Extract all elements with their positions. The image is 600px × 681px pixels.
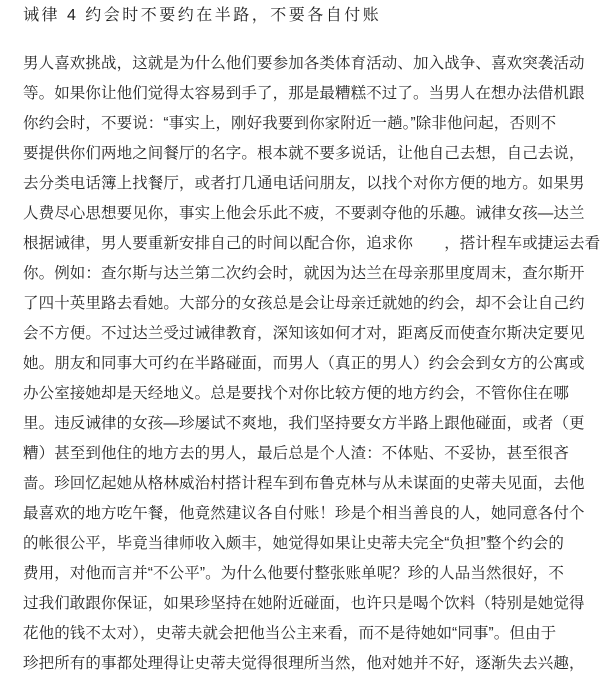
text-line: 费用，对他而言并“不公平”。为什么他要付整张账单呢？珍的人品当然很好，不 (23, 559, 582, 589)
text-line: 你。例如：查尔斯与达兰第二次约会时，就因为达兰在母亲那里度周末，查尔斯开 (23, 259, 582, 289)
text-line: 办公室接她却是天经地义。总是要找个对你比较方便的地方约会，不管你住在哪 (23, 379, 582, 409)
text-line: 最喜欢的地方吃午餐，他竟然建议各自付账！珍是个相当善良的人，她同意各付个 (23, 499, 582, 529)
text-line: 你约会时，不要说：“事实上，刚好我要到你家附近一趟。”除非他问起，否则不 (23, 109, 582, 139)
text-line: 等。如果你让他们觉得太容易到手了，那是最糟糕不过了。当男人在想办法借机跟 (23, 79, 582, 109)
text-line: 糟）甚至到他住的地方去的男人，最后总是个人渣：不体贴、不妥协，甚至很吝 (23, 439, 582, 469)
text-line: 的帐很公平，毕竟当律师收入颇丰，她觉得如果让史蒂夫完全“负担”整个约会的 (23, 529, 582, 559)
text-line: 去分类电话簿上找餐厅，或者打几通电话问朋友，以找个对你方便的地方。如果男 (23, 169, 582, 199)
text-line: 花他的钱不太对），史蒂夫就会把他当公主来看，而不是待她如“同事”。但由于 (23, 619, 582, 649)
text-line: 她。朋友和同事大可约在半路碰面，而男人（真正的男人）约会会到女方的公寓或 (23, 349, 582, 379)
text-line: 啬。珍回忆起她从格林威治村搭计程车到布鲁克林与从未谋面的史蒂夫见面，去他 (23, 469, 582, 499)
text-line: 过我们敢跟你保证，如果珍坚持在她附近碰面，也许只是喝个饮料（特别是她觉得 (23, 589, 582, 619)
text-line: 珍把所有的事都处理得让史蒂夫觉得很理所当然，他对她并不好，逐渐失去兴趣， (23, 649, 582, 679)
text-line: 要提供你们两地之间餐厅的名字。根本就不要多说话，让他自己去想，自己去说， (23, 139, 582, 169)
text-line: 里。违反诫律的女孩—珍屡试不爽地，我们坚持要女方半路上跟他碰面，或者（更 (23, 409, 582, 439)
body-text: 男人喜欢挑战，这就是为什么他们要参加各类体育活动、加入战争、喜欢突袭活动 等。如… (23, 49, 582, 679)
text-line: 根据诫律，男人要重新安排自己的时间以配合你，追求你 ，搭计程车或捷运去看 (23, 229, 582, 259)
text-line: 人费尽心思想要见你，事实上他会乐此不疲，不要剥夺他的乐趣。诫律女孩—达兰 (23, 199, 582, 229)
text-line: 男人喜欢挑战，这就是为什么他们要参加各类体育活动、加入战争、喜欢突袭活动 (23, 49, 582, 79)
text-line: 了四十英里路去看她。大部分的女孩总是会让母亲迁就她的约会，却不会让自己约 (23, 289, 582, 319)
text-line: 会不方便。不过达兰受过诫律教育，深知该如何才对，距离反而使查尔斯决定要见 (23, 319, 582, 349)
document-page: 诫律 4 约会时不要约在半路，不要各自付账 男人喜欢挑战，这就是为什么他们要参加… (0, 0, 600, 681)
chapter-title: 诫律 4 约会时不要约在半路，不要各自付账 (23, 6, 381, 26)
